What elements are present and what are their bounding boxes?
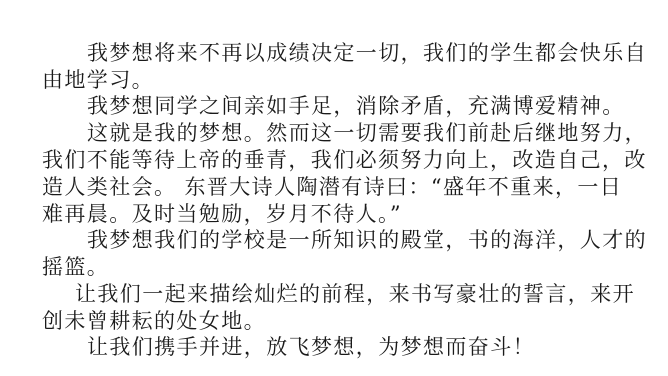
paragraph-3-line-3: 造人类社会。 东晋大诗人陶潜有诗曰：“盛年不重来，一日 [42, 174, 622, 201]
paragraph-1-line-1: 我梦想将来不再以成绩决定一切，我们的学生都会快乐自 [87, 40, 647, 67]
paragraph-1-line-2: 由地学习。 [42, 67, 154, 94]
paragraph-5-line-1: 让我们一起来描绘灿烂的前程，来书写豪壮的誓言，来开 [75, 281, 635, 308]
paragraph-3-line-2: 我们不能等待上帝的垂青，我们必须努力向上，改造自己，改 [42, 147, 647, 174]
paragraph-3-line-1: 这就是我的梦想。然而这一切需要我们前赴后继地努力， [87, 120, 647, 147]
paragraph-2-line-1: 我梦想同学之间亲如手足，消除矛盾，充满博爱精神。 [87, 93, 625, 120]
paragraph-6-line-1: 让我们携手并进，放飞梦想，为梦想而奋斗！ [87, 334, 535, 361]
document-page: 我梦想将来不再以成绩决定一切，我们的学生都会快乐自 由地学习。 我梦想同学之间亲… [0, 0, 668, 376]
paragraph-4-line-2: 摇篮。 [42, 254, 109, 281]
paragraph-4-line-1: 我梦想我们的学校是一所知识的殿堂，书的海洋，人才的 [87, 227, 647, 254]
paragraph-3-line-4: 难再晨。及时当勉励，岁月不待人。” [42, 201, 402, 228]
paragraph-5-line-2: 创未曾耕耘的处女地。 [42, 308, 266, 335]
